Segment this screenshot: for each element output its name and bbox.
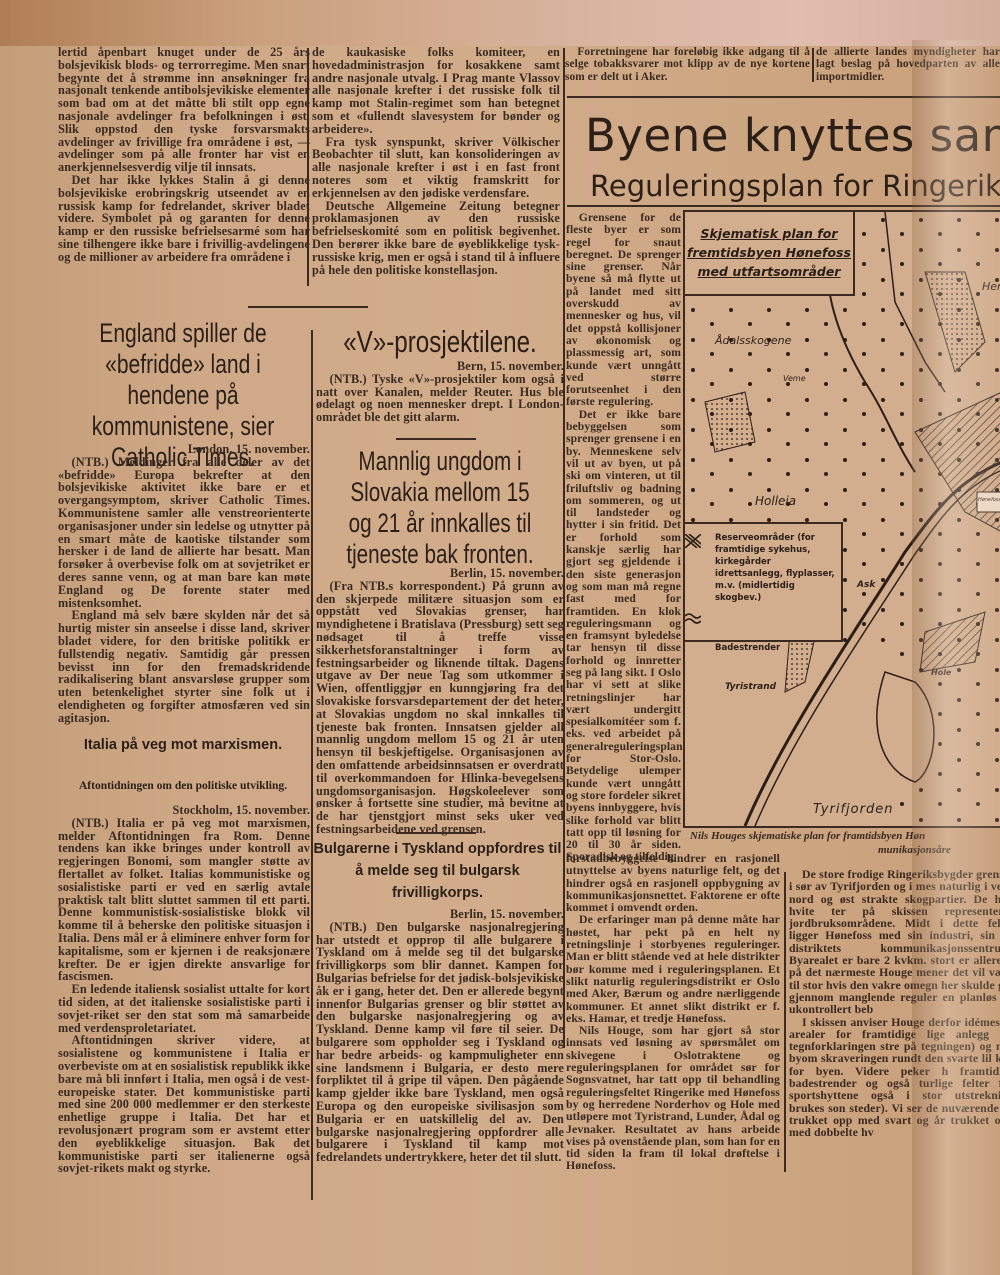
bulgaria-paragraph: (NTB.) Den bulgarske nasjonalregjering h… bbox=[316, 921, 564, 1164]
background-top bbox=[0, 0, 1000, 48]
italia-paragraph-1: (NTB.) Italia er på veg mot marxismen, m… bbox=[58, 817, 310, 983]
italia-headline: Italia på veg mot marxismen. bbox=[58, 735, 308, 756]
italia-article: Stockholm, 15. november. (NTB.) Italia e… bbox=[58, 804, 310, 1175]
reserve-area-hatch-icon bbox=[685, 534, 701, 548]
map-label-tyristrand: Tyristrand bbox=[725, 682, 776, 692]
ringerike-paragraph-1: Grensene for de fleste byer er som regel… bbox=[566, 212, 681, 409]
ringerike-wide-column: forstadbebyggelse hindrer en rasjonell u… bbox=[566, 852, 780, 1172]
map-label-tyrifjorden: Tyrifjorden bbox=[813, 802, 893, 817]
bulgaria-article: Berlin, 15. november. (NTB.) Den bulgars… bbox=[316, 908, 564, 1164]
map-title-line: fremtidsbyen Hønefoss bbox=[685, 243, 853, 262]
column-1-continuation: lertid åpenbart knuget under de 25 års b… bbox=[58, 46, 310, 264]
v-projectiles-paragraph: (NTB.) Tyske «V»-prosjektiler kom også i… bbox=[316, 373, 564, 424]
v-projectiles-dateline: Bern, 15. november. bbox=[316, 360, 564, 373]
v-projectiles-article: Bern, 15. november. (NTB.) Tyske «V»-pro… bbox=[316, 360, 564, 424]
england-paragraph-1: (NTB.) Meldinger fra alle deler av det «… bbox=[58, 456, 310, 610]
ringerike-paragraph-5: Nils Houge, som har gjort så stor innsat… bbox=[566, 1024, 780, 1172]
col2-paragraph-2: Fra tysk synspunkt, skriver Völkischer B… bbox=[312, 136, 560, 200]
section-rule bbox=[396, 438, 476, 440]
map-label-ask: Ask bbox=[857, 580, 875, 590]
col1-paragraph: lertid åpenbart knuget under de 25 års b… bbox=[58, 46, 310, 174]
slovakia-dateline: Berlin, 15. november. bbox=[316, 567, 564, 580]
col1-paragraph-2: Det har ikke lykkes Stalin å gi denne bo… bbox=[58, 174, 310, 264]
england-paragraph-2: England må selv bære skylden når det så … bbox=[58, 609, 310, 724]
map-label-holleia: Holleia bbox=[755, 494, 796, 508]
ringerike-paragraph-2: Det er ikke bare bebyggelsen som sprenge… bbox=[566, 409, 681, 864]
map-legend: Reserveområder (for framtidige sykehus, … bbox=[685, 522, 843, 642]
tobacco-paragraph: Forretningene har foreløbig ikke adgang … bbox=[565, 46, 810, 83]
map-label-adalsskogene: Ådalsskogene bbox=[715, 334, 791, 347]
paper-fold-shadow bbox=[912, 40, 1000, 1275]
col2-paragraph: de kaukasiske folks komiteer, en hovedad… bbox=[312, 46, 560, 136]
beach-icon bbox=[685, 612, 701, 626]
slovakia-paragraph: (Fra NTB.s korrespondent.) På grunn av d… bbox=[316, 580, 564, 836]
england-dateline: London, 15. november. bbox=[58, 443, 310, 456]
v-projectiles-headline: «V»-prosjektilene. bbox=[339, 325, 542, 359]
tobacco-notice: Forretningene har foreløbig ikke adgang … bbox=[565, 46, 810, 83]
legend-beaches: Badestrender bbox=[715, 642, 837, 654]
section-rule bbox=[396, 832, 476, 834]
map-label-veme: Veme bbox=[783, 374, 806, 383]
ringerike-narrow-column: Grensene for de fleste byer er som regel… bbox=[566, 212, 681, 864]
map-title-line: med utfartsområder bbox=[685, 262, 853, 281]
italia-dateline: Stockholm, 15. november. bbox=[58, 804, 310, 817]
column-rule bbox=[812, 48, 814, 82]
italia-paragraph-2: En ledende italiensk sosialist uttalte f… bbox=[58, 983, 310, 1034]
section-rule bbox=[248, 306, 368, 308]
slovakia-article: Berlin, 15. november. (Fra NTB.s korresp… bbox=[316, 567, 564, 836]
map-title-box: Skjematisk plan for fremtidsbyen Hønefos… bbox=[685, 212, 855, 296]
column-rule bbox=[307, 48, 309, 286]
bulgaria-headline: Bulgarerne i Tyskland oppfordres til å m… bbox=[310, 838, 565, 904]
map-title-line: Skjematisk plan for bbox=[685, 224, 853, 243]
col2-paragraph-3: Deutsche Allgemeine Zeitung betegner pro… bbox=[312, 200, 560, 277]
column-rule bbox=[784, 872, 786, 1172]
column-2-continuation: de kaukasiske folks komiteer, en hovedad… bbox=[312, 46, 560, 276]
legend-reserve-areas: Reserveområder (for framtidige sykehus, … bbox=[715, 532, 837, 604]
ringerike-paragraph-4: De erfaringer man på denne måte har høst… bbox=[566, 913, 780, 1024]
slovakia-headline: Mannlig ungdom i Slovakia mellom 15 og 2… bbox=[339, 446, 542, 570]
bulgaria-dateline: Berlin, 15. november. bbox=[316, 908, 564, 921]
italia-subheadline: Aftontidningen om den politiske utviklin… bbox=[58, 780, 308, 792]
column-rule bbox=[311, 330, 313, 1200]
ringerike-paragraph-3: forstadbebyggelse hindrer en rasjonell u… bbox=[566, 852, 780, 913]
italia-paragraph-3: Aftontidningen skriver videre, at sosial… bbox=[58, 1034, 310, 1175]
england-article: London, 15. november. (NTB.) Meldinger f… bbox=[58, 443, 310, 725]
